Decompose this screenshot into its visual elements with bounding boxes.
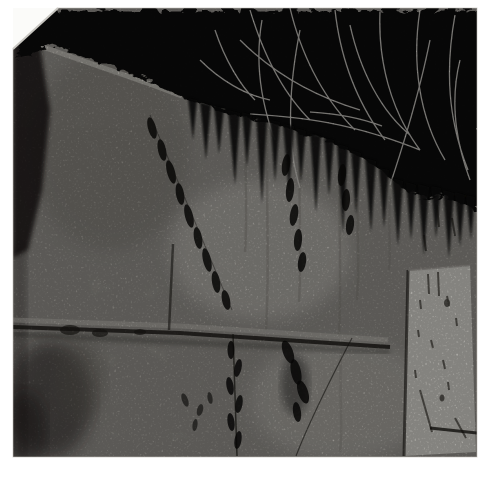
photograph: Close view of a massive cut-stone wall i… [0, 0, 489, 480]
photo-canvas: Black-and-white photograph of a megalith… [0, 0, 489, 480]
film-grain [13, 8, 477, 457]
